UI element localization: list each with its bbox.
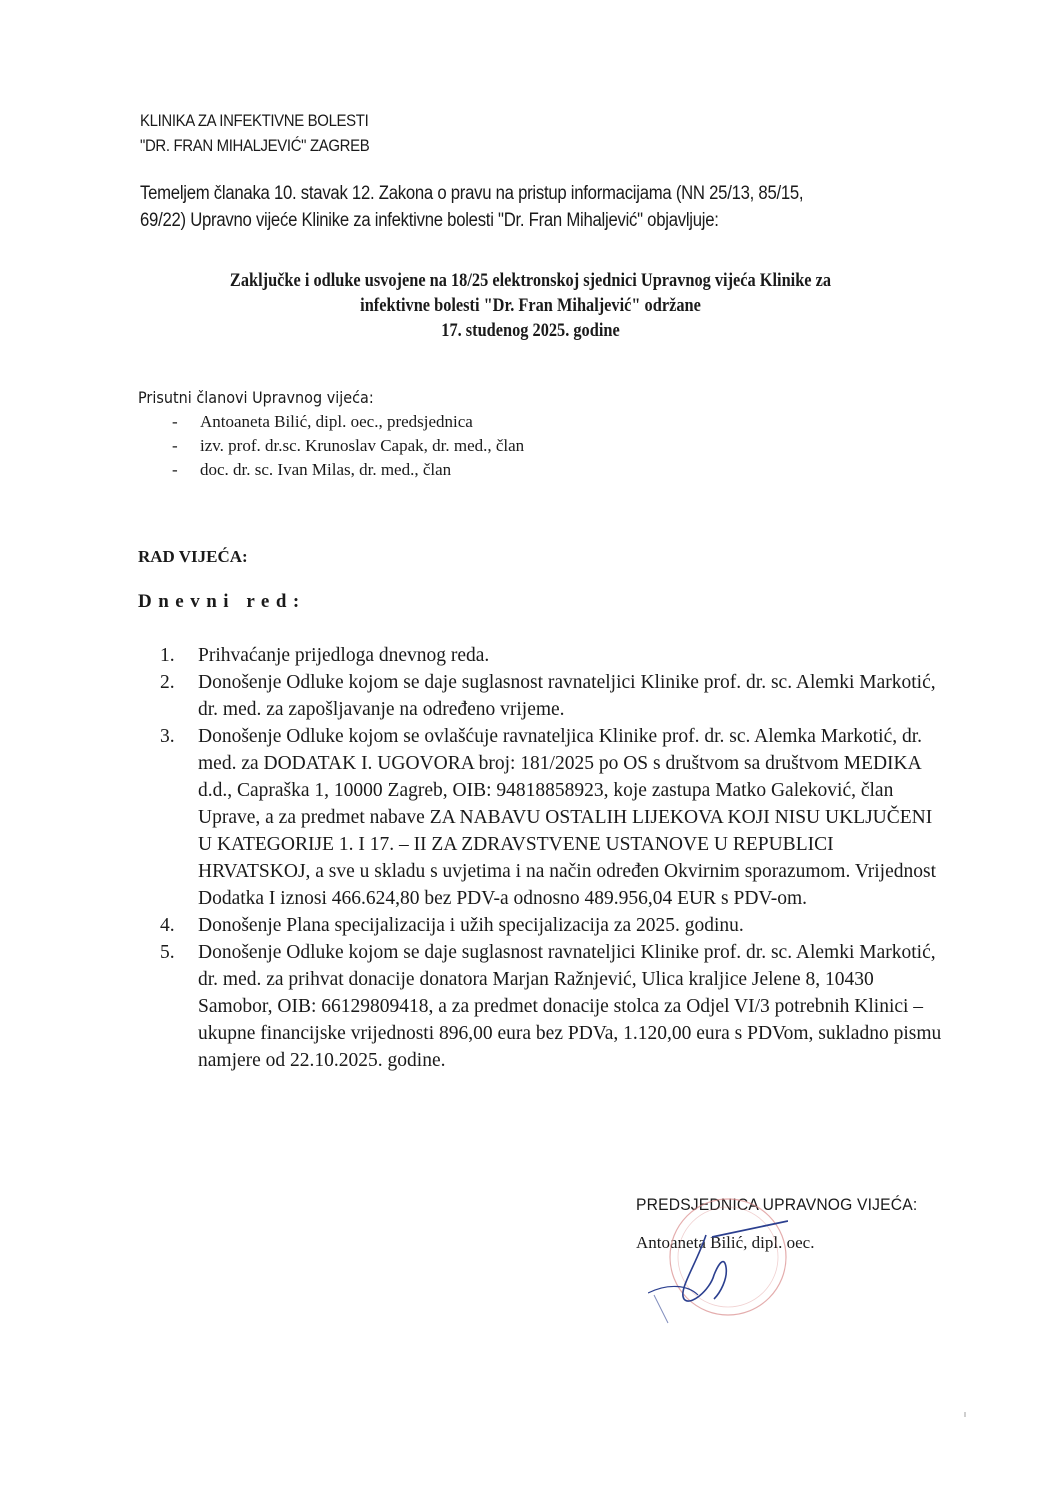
agenda-number: 5.	[160, 939, 198, 1074]
agenda-text: Donošenje Odluke kojom se daje suglasnos…	[198, 939, 950, 1074]
institution-header: KLINIKA ZA INFEKTIVNE BOLESTI "DR. FRAN …	[140, 108, 369, 158]
title-line: infektivne bolesti "Dr. Fran Mihaljević"…	[229, 293, 830, 318]
signature-title: PREDSJEDNICA UPRAVNOG VIJEĆA:	[636, 1195, 917, 1215]
section-rad-vijeca: RAD VIJEĆA:	[138, 547, 248, 567]
title-line: Zaključke i odluke usvojene na 18/25 ele…	[229, 268, 830, 293]
members-list: -Antoaneta Bilić, dipl. oec., predsjedni…	[138, 410, 524, 482]
member-name: doc. dr. sc. Ivan Milas, dr. med., član	[200, 458, 451, 482]
agenda-item: 4.Donošenje Plana specijalizacija i užih…	[160, 912, 950, 939]
signature-block: PREDSJEDNICA UPRAVNOG VIJEĆA: Antoaneta …	[636, 1195, 942, 1253]
intro-line: Temeljem članaka 10. stavak 12. Zakona o…	[140, 180, 932, 207]
intro-line: 69/22) Upravno vijeće Klinike za infekti…	[140, 207, 932, 234]
agenda-number: 3.	[160, 723, 198, 912]
agenda-text: Prihvaćanje prijedloga dnevnog reda.	[198, 642, 950, 669]
member-name: Antoaneta Bilić, dipl. oec., predsjednic…	[200, 410, 473, 434]
agenda-item: 1.Prihvaćanje prijedloga dnevnog reda.	[160, 642, 950, 669]
agenda-number: 4.	[160, 912, 198, 939]
member-item: -Antoaneta Bilić, dipl. oec., predsjedni…	[138, 410, 524, 434]
section-dnevni-red: Dnevni red:	[138, 591, 306, 613]
agenda-number: 2.	[160, 669, 198, 723]
bullet-dash: -	[138, 458, 200, 482]
member-name: izv. prof. dr.sc. Krunoslav Capak, dr. m…	[200, 434, 524, 458]
agenda-list: 1.Prihvaćanje prijedloga dnevnog reda.2.…	[160, 642, 950, 1074]
agenda-text: Donošenje Odluke kojom se ovlašćuje ravn…	[198, 723, 950, 912]
member-item: -doc. dr. sc. Ivan Milas, dr. med., član	[138, 458, 524, 482]
institution-name: KLINIKA ZA INFEKTIVNE BOLESTI	[140, 108, 369, 133]
bullet-dash: -	[138, 410, 200, 434]
present-label: Prisutni članovi Upravnog vijeća:	[138, 386, 374, 410]
agenda-number: 1.	[160, 642, 198, 669]
signature-name: Antoaneta Bilić, dipl. oec.	[636, 1233, 942, 1253]
agenda-item: 2.Donošenje Odluke kojom se daje suglasn…	[160, 669, 950, 723]
intro-paragraph: Temeljem članaka 10. stavak 12. Zakona o…	[140, 180, 932, 234]
agenda-item: 3.Donošenje Odluke kojom se ovlašćuje ra…	[160, 723, 950, 912]
document-title: Zaključke i odluke usvojene na 18/25 ele…	[120, 268, 940, 343]
agenda-text: Donošenje Plana specijalizacija i užih s…	[198, 912, 950, 939]
member-item: -izv. prof. dr.sc. Krunoslav Capak, dr. …	[138, 434, 524, 458]
title-date: 17. studenog 2025. godine	[229, 318, 830, 343]
institution-location: "DR. FRAN MIHALJEVIĆ" ZAGREB	[140, 133, 369, 158]
bullet-dash: -	[138, 434, 200, 458]
scan-speck	[964, 1412, 966, 1417]
agenda-text: Donošenje Odluke kojom se daje suglasnos…	[198, 669, 950, 723]
document-page: KLINIKA ZA INFEKTIVNE BOLESTI "DR. FRAN …	[0, 0, 1058, 1496]
present-members: Prisutni članovi Upravnog vijeća: -Antoa…	[138, 386, 524, 482]
agenda-item: 5.Donošenje Odluke kojom se daje suglasn…	[160, 939, 950, 1074]
